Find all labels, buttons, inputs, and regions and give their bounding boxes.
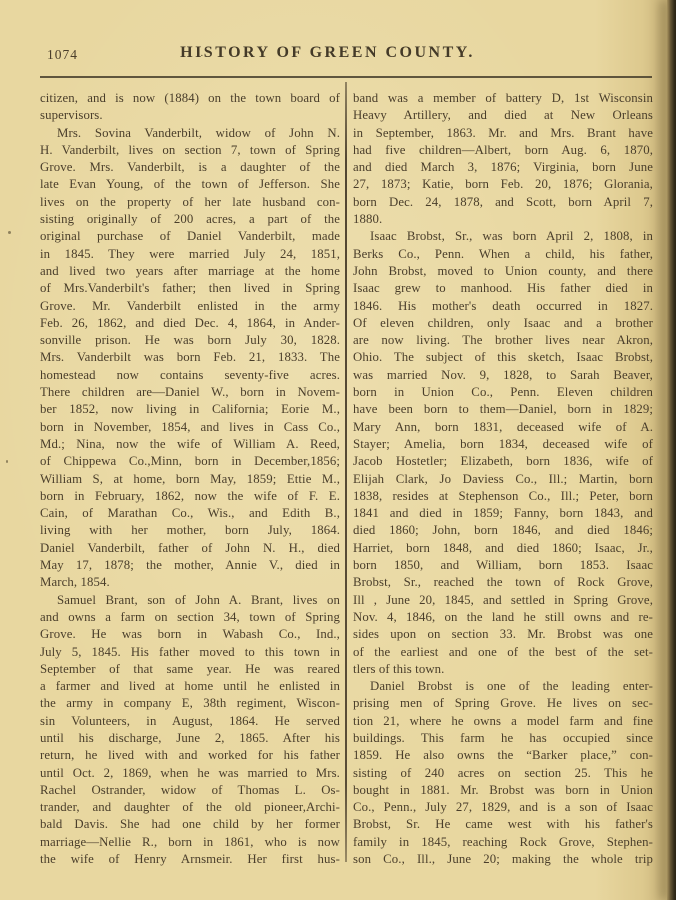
text-line: have been born to them—Daniel, born in 1… [353,401,653,418]
text-line: are now living. The brother lives near A… [353,332,653,349]
text-line: Co., Penn., July 27, 1829, and is a son … [353,799,653,816]
text-line: Harriet, born 1848, and died 1860; Isaac… [353,540,653,557]
text-line: July 5, 1845. His father moved to this t… [40,644,340,661]
text-line: Rachel Ostrander, widow of Thomas L. Os- [40,782,340,799]
text-line: William S, at home, born May, 1859; Etti… [40,471,340,488]
text-line: 1841 and died in 1859; Fanny, born 1843,… [353,505,653,522]
text-line: May 17, 1878; the mother, Annie V., died… [40,557,340,574]
text-line: of Mrs.Vanderbilt's father; then lived i… [40,280,340,297]
text-line: Cain, of Marathan Co., Wis., and Edith B… [40,505,340,522]
text-line: original purchase of Daniel Vanderbilt, … [40,228,340,245]
text-line: Feb. 26, 1862, and died Dec. 4, 1864, in… [40,315,340,332]
text-line: Daniel Vanderbilt, father of John N. H.,… [40,540,340,557]
text-line: a farmer and lived at home until he enli… [40,678,340,695]
text-line: Jacob Hostetler; Elizabeth, born 1836, w… [353,453,653,470]
text-line: Mrs. Sovina Vanderbilt, widow of John N. [40,125,340,142]
text-line: the army in company E, 38th regiment, Wi… [40,695,340,712]
text-line: tion 21, where he owns a model farm and … [353,713,653,730]
text-line: Samuel Brant, son of John A. Brant, live… [40,592,340,609]
text-line: Heavy Artillery, and died at New Orleans [353,107,653,124]
text-line: March, 1854. [40,574,340,591]
text-line: Isaac grew to manhood. His father died i… [353,280,653,297]
book-page-scan: 1074 · HISTORY OF GREEN COUNTY. citizen,… [0,0,676,900]
text-line: Md.; Nina, now the wife of William A. Re… [40,436,340,453]
text-line: Stayer; Amelia, born 1834, deceased wife… [353,436,653,453]
text-line: and died March 3, 1876; Virginia, born J… [353,159,653,176]
text-line: died 1860; John, born 1846, and died 184… [353,522,653,539]
text-line: lives on the property of her late husban… [40,194,340,211]
text-line: supervisors. [40,107,340,124]
text-line: sisting originally of 200 acres, a part … [40,211,340,228]
text-line: in 1845. They were married July 24, 1851… [40,246,340,263]
text-line: sonville prison. He was born July 30, 18… [40,332,340,349]
text-line: There children are—Daniel W., born in No… [40,384,340,401]
running-head: 1074 · HISTORY OF GREEN COUNTY. [0,44,655,66]
text-line: September of that same year. He was rear… [40,661,340,678]
scan-speck [6,460,8,463]
text-line: born in Union Co., Penn. Eleven children [353,384,653,401]
text-line: late Evan Young, of the town of Jefferso… [40,176,340,193]
text-line: sin Volunteers, in August, 1864. He serv… [40,713,340,730]
text-line: Ohio. The subject of this sketch, Isaac … [353,349,653,366]
text-line: sisting of 240 acres on section 25. This… [353,765,653,782]
text-line: citizen, and is now (1884) on the town b… [40,90,340,107]
text-line: Ill , June 20, 1845, and settled in Spri… [353,592,653,609]
text-line: Daniel Brobst is one of the leading ente… [353,678,653,695]
column-left: citizen, and is now (1884) on the town b… [40,90,340,868]
text-line: born in November, 1854, and lives in Cas… [40,419,340,436]
text-line: in September, 1863. Mr. and Mrs. Brant h… [353,125,653,142]
text-line: of the earliest and one of the best of t… [353,644,653,661]
text-line: trander, and daughter of the old pioneer… [40,799,340,816]
text-line: and lived two years after marriage at th… [40,263,340,280]
text-line: Nov. 4, 1846, on the land he still owns … [353,609,653,626]
text-line: born Dec. 24, 1878, and Scott, born Apri… [353,194,653,211]
text-line: prising men of Spring Grove. He lives on… [353,695,653,712]
text-line: homestead now contains seventy-five acre… [40,367,340,384]
text-line: ber 1852, now living in California; Eori… [40,401,340,418]
column-divider-rule [345,82,347,862]
text-line: Grove. He was born in Wabash Co., Ind., [40,626,340,643]
text-line: 27, 1873; Katie, born Feb. 20, 1876; Glo… [353,176,653,193]
text-line: Brobst, Sr., reached the town of Rock Gr… [353,574,653,591]
text-line: until his discharge, June 2, 1865. After… [40,730,340,747]
text-line: Grove. Mr. Vanderbilt enlisted in the ar… [40,298,340,315]
page-title: HISTORY OF GREEN COUNTY. [0,44,655,62]
text-line: born in February, 1862, now the wife of … [40,488,340,505]
text-line: the wife of Henry Arnsmeir. Her first hu… [40,851,340,868]
text-line: 1838, resides at Stephenson Co., Ill.; P… [353,488,653,505]
text-line: born 1850, and William, born 1853. Isaac [353,557,653,574]
text-line: 1846. His mother's death occurred in 182… [353,298,653,315]
text-line: tlers of this town. [353,661,653,678]
text-line: 1880. [353,211,653,228]
text-line: H. Vanderbilt, lives on section 7, town … [40,142,340,159]
text-line: marriage—Nellie R., born in 1861, who is… [40,834,340,851]
text-line: had five children—Albert, born Aug. 6, 1… [353,142,653,159]
text-line: return, he lived with and worked for his… [40,747,340,764]
text-line: of Chippewa Co.,Minn, born in December,1… [40,453,340,470]
text-line: 1859. He also owns the “Barker place,” c… [353,747,653,764]
text-line: John Brobst, moved to Union county, and … [353,263,653,280]
text-line: bought in 1881. Mr. Brobst was born in U… [353,782,653,799]
text-line: Grove. Mrs. Vanderbilt, is a daughter of… [40,159,340,176]
text-line: was married Nov. 9, 1828, to Sarah Beave… [353,367,653,384]
text-line: living with her mother, born July, 1864. [40,522,340,539]
book-gutter-edge [667,0,676,900]
text-line: Berks Co., Penn. When a child, his fathe… [353,246,653,263]
column-right: band was a member of battery D, 1st Wisc… [353,90,653,868]
text-line: Mary Ann, born 1831, deceased wife of A. [353,419,653,436]
text-line: and owns a farm on section 34, town of S… [40,609,340,626]
text-line: until Oct. 2, 1869, when he was married … [40,765,340,782]
text-line: Brobst, Sr. He came west with his father… [353,816,653,833]
text-line: band was a member of battery D, 1st Wisc… [353,90,653,107]
text-line: sides upon on section 33. Mr. Brobst was… [353,626,653,643]
header-rule [40,76,652,78]
text-line: Of eleven children, only Isaac and a bro… [353,315,653,332]
text-line: family in 1845, reaching Rock Grove, Ste… [353,834,653,851]
scan-speck [8,231,11,234]
text-line: Isaac Brobst, Sr., was born April 2, 180… [353,228,653,245]
text-line: Mrs. Vanderbilt was born Feb. 21, 1833. … [40,349,340,366]
text-line: bald Davis. She had one child by her for… [40,816,340,833]
text-line: son Co., Ill., June 20; making the whole… [353,851,653,868]
text-line: Elijah Clark, Jo Daviess Co., Ill.; Mart… [353,471,653,488]
text-line: buildings. This farm he has occupied sin… [353,730,653,747]
